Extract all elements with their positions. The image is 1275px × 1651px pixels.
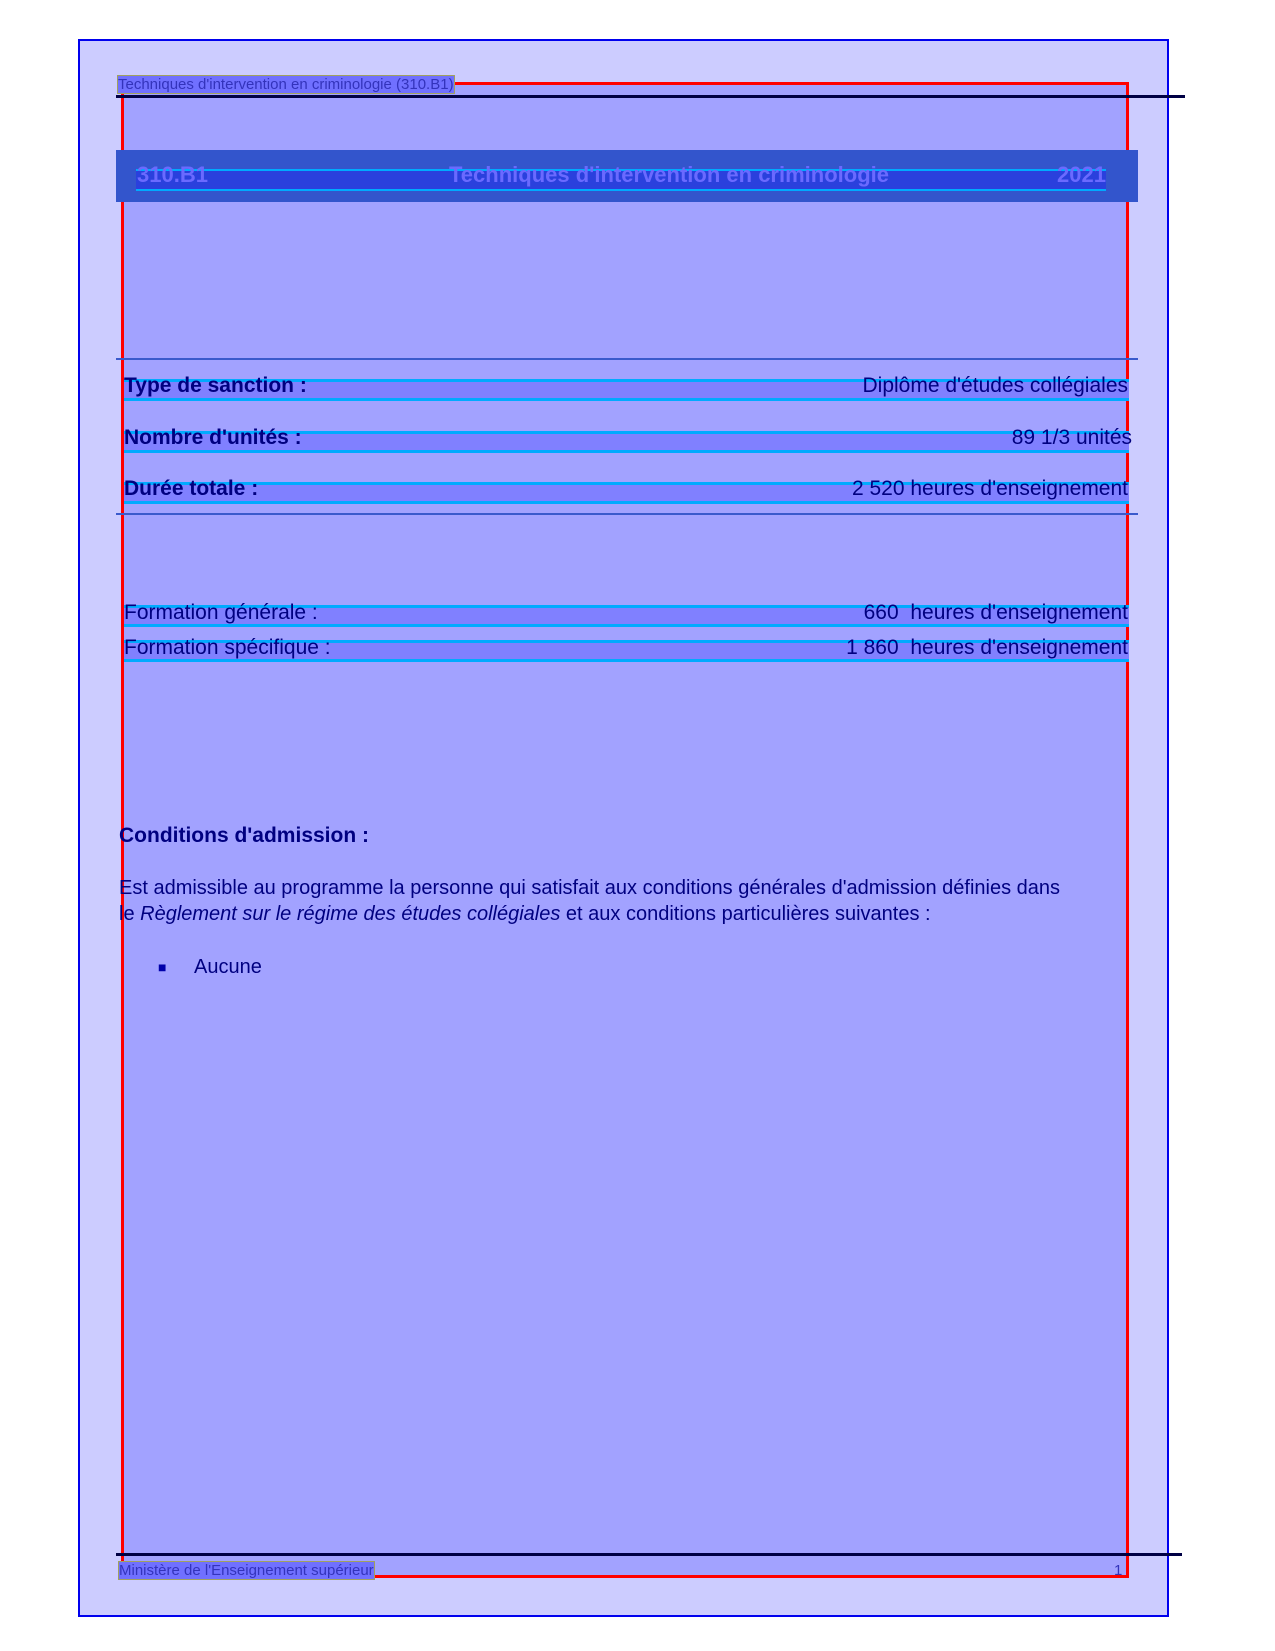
bullet-icon: ■ bbox=[158, 959, 166, 975]
admission-line2-suffix: et aux conditions particulières suivante… bbox=[560, 903, 930, 925]
admission-heading: Conditions d'admission : bbox=[119, 824, 369, 848]
footer-rule bbox=[116, 1553, 1182, 1556]
admission-paragraph-line1: Est admissible au programme la personne … bbox=[119, 877, 1060, 900]
sanction-label: Type de sanction : bbox=[124, 374, 307, 398]
admission-line2-prefix: le bbox=[119, 903, 140, 925]
summary-bottom-rule bbox=[116, 513, 1138, 515]
page-number: 1 bbox=[1114, 1562, 1122, 1579]
regulation-title: Règlement sur le régime des études collé… bbox=[140, 903, 560, 925]
general-training-label: Formation générale : bbox=[124, 601, 318, 625]
summary-top-rule bbox=[116, 358, 1138, 360]
duration-label: Durée totale : bbox=[124, 477, 258, 501]
specific-training-value: 1 860 heures d'enseignement bbox=[846, 636, 1128, 660]
admission-bullet-item: Aucune bbox=[194, 956, 262, 979]
sanction-value: Diplôme d'études collégiales bbox=[863, 374, 1129, 398]
footer-ministry: Ministère de l'Enseignement supérieur bbox=[119, 1562, 374, 1579]
specific-training-label: Formation spécifique : bbox=[124, 636, 331, 660]
admission-paragraph-line2: le Règlement sur le régime des études co… bbox=[119, 903, 931, 926]
program-title: Techniques d'intervention en criminologi… bbox=[449, 162, 889, 188]
program-code: 310.B1 bbox=[137, 162, 208, 188]
units-value: 89 1/3 unités bbox=[1012, 426, 1132, 450]
units-label: Nombre d'unités : bbox=[124, 426, 302, 450]
general-training-value: 660 heures d'enseignement bbox=[864, 601, 1128, 625]
program-year: 2021 bbox=[1057, 162, 1106, 188]
header-rule bbox=[116, 95, 1185, 98]
running-header: Techniques d'intervention en criminologi… bbox=[118, 76, 454, 93]
duration-value: 2 520 heures d'enseignement bbox=[852, 477, 1128, 501]
